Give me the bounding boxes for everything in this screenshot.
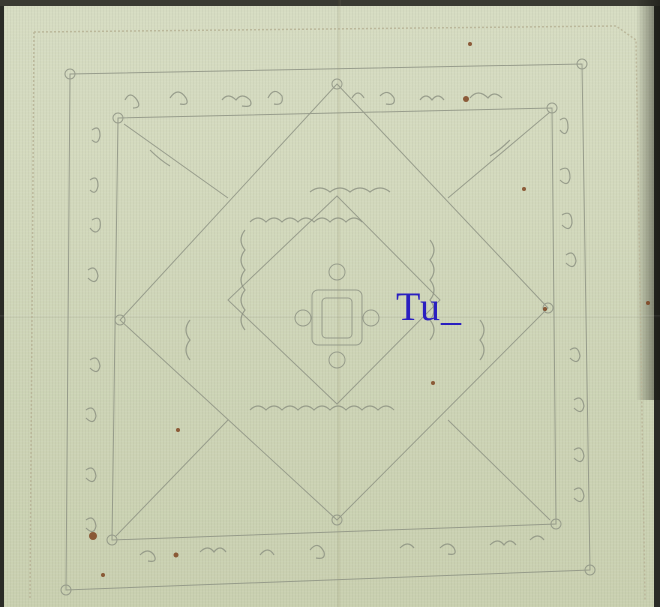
photo: Tu_ xyxy=(0,0,660,607)
pencil-drawing xyxy=(0,0,660,607)
overlay-label: Tu_ xyxy=(396,287,462,327)
